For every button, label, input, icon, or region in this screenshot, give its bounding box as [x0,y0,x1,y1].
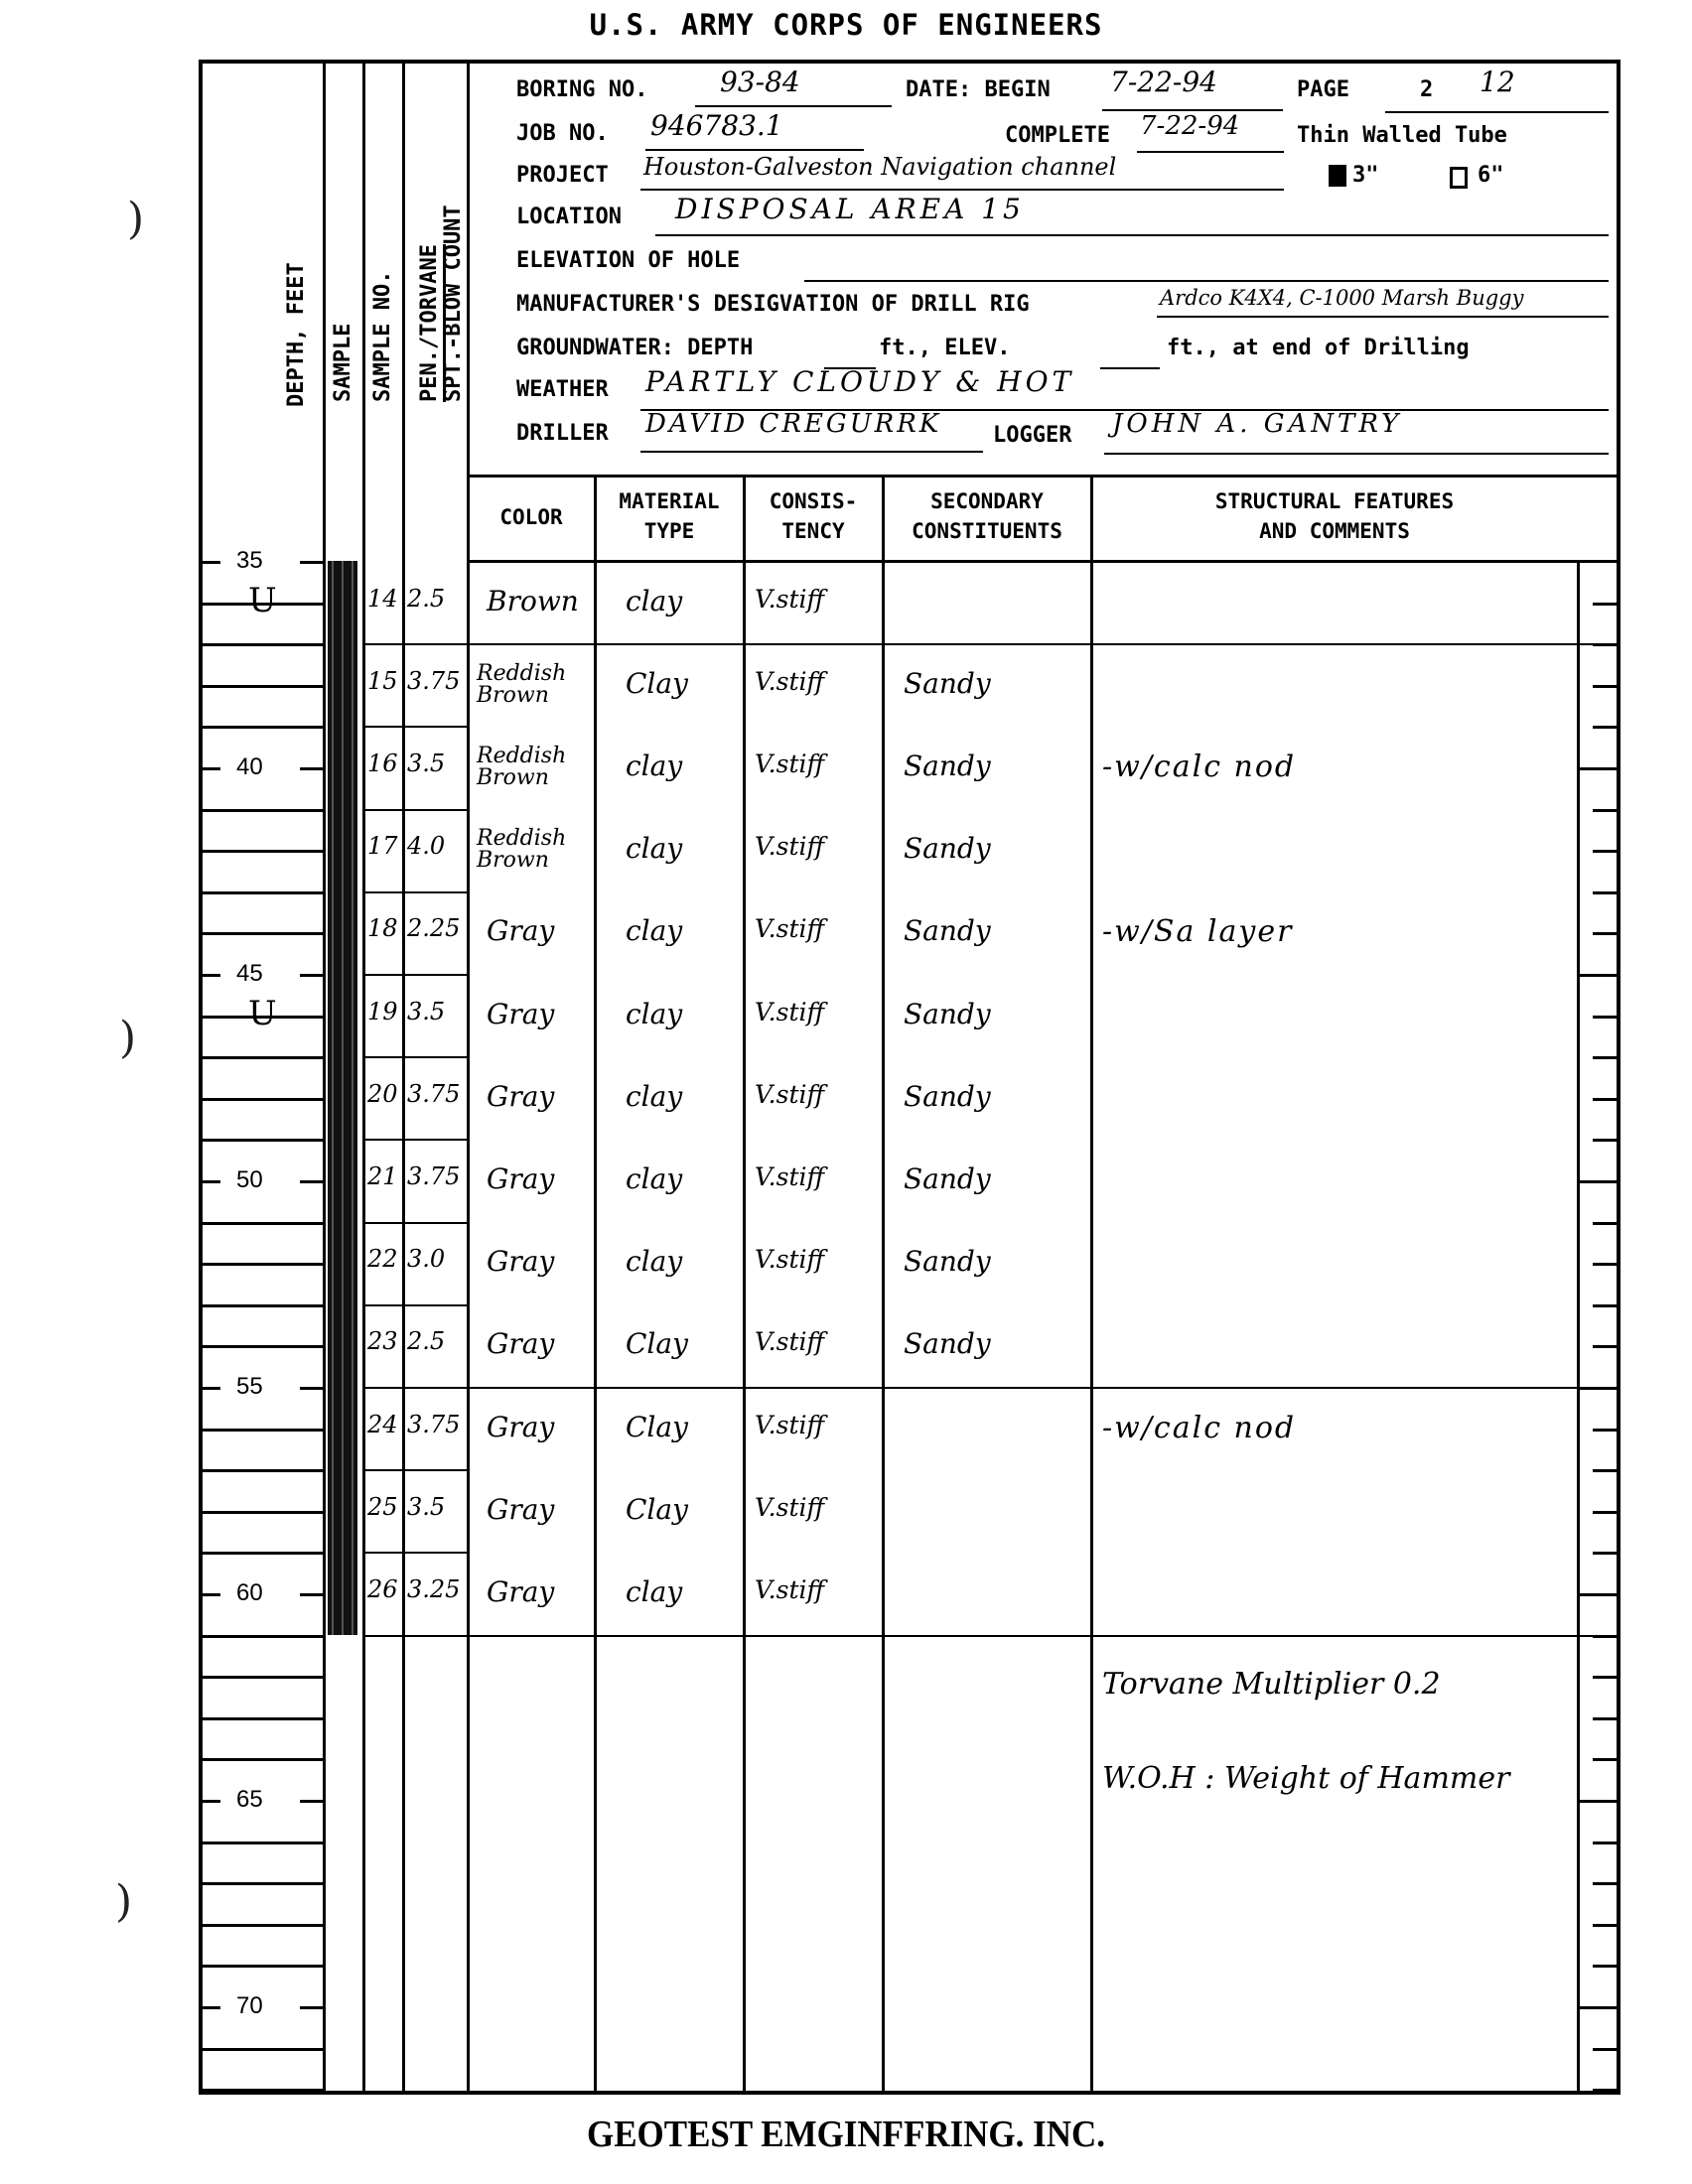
depth-tick-right [1579,1593,1619,1596]
sample-number: 23 [367,1327,398,1355]
depth-tick [201,1387,220,1390]
color-value: Gray [487,1245,554,1278]
depth-label: 60 [234,1579,265,1607]
pen-torvane-value: 3.75 [407,1080,460,1108]
depth-tick-right [1593,1345,1619,1348]
sample-row-divider [362,1387,467,1389]
material-type-value: clay [626,1575,682,1608]
job-no-label: JOB NO. [516,121,609,146]
depth-tick [300,1387,323,1390]
consistency-value: V.stiff [755,750,824,778]
divider [323,62,326,2093]
depth-tick [201,1965,323,1968]
secondary-constituent-value: Sandy [904,750,991,782]
layer-divider [467,1387,1619,1389]
sample-row-divider [362,1469,467,1471]
date-begin-label: DATE: BEGIN [906,77,1051,102]
depth-tick [201,1180,220,1183]
sample-number: 15 [367,667,398,695]
color-value: Gray [487,1493,554,1526]
depth-tick [201,1552,323,1555]
underline [804,280,1609,282]
sample-number: 19 [367,998,398,1025]
consistency-value: V.stiff [755,1493,824,1522]
consistency-header-line1: CONSIS- [745,486,882,516]
consistency-value: V.stiff [755,585,824,614]
structural-comment: -w/Sa layer [1102,914,1293,949]
depth-tick-right [1579,1800,1619,1803]
depth-tick [201,1758,323,1761]
depth-tick-right [1593,603,1619,606]
depth-tick-right [1593,1842,1619,1844]
secondary-constituent-value: Sandy [904,832,991,865]
underline [1104,453,1609,455]
depth-tick-right [1593,1717,1619,1720]
divider [467,62,470,2093]
logger-label: LOGGER [993,423,1071,448]
depth-tick [300,1800,323,1803]
structural-header-line2: AND COMMENTS [1092,516,1577,546]
depth-tick [201,974,220,977]
depth-tick [300,1180,323,1183]
depth-tick [201,1717,323,1720]
driller-label: DRILLER [516,421,609,446]
pen-torvane-value: 2.25 [407,914,460,942]
depth-tick-right [1593,1139,1619,1142]
depth-tick-right [1593,1965,1619,1968]
depth-tick [201,809,323,812]
secondary-constituent-value: Sandy [904,667,991,700]
depth-tick [201,1842,323,1844]
underline [645,149,864,151]
depth-tick-right [1593,1098,1619,1101]
depth-tick-right [1593,891,1619,894]
consistency-header-line2: TENCY [745,516,882,546]
depth-tick-right [1579,1180,1619,1183]
depth-tick-right [1593,1263,1619,1266]
tube-3in-label: 3" [1352,163,1379,188]
depth-label: 35 [234,547,265,575]
color-value: Gray [487,1411,554,1443]
punch-mark-icon: ) [127,194,144,244]
sample-number: 21 [367,1162,398,1190]
material-type-value: clay [626,832,682,865]
depth-tick [201,1882,323,1885]
agency-title: U.S. ARMY CORPS OF ENGINEERS [0,8,1692,42]
sample-number: 14 [367,585,398,613]
sample-row-divider [362,726,467,728]
page-number: 2 [1420,77,1433,102]
date-begin-field[interactable]: 7-22-94 [1110,66,1217,98]
punch-mark-icon: ) [115,1876,132,1927]
depth-label: 70 [234,1992,265,2020]
sample-row-divider [362,643,467,645]
tube-6in-checkbox[interactable] [1450,167,1468,189]
material-type-header-line2: TYPE [596,516,743,546]
sample-row-divider [362,1304,467,1306]
underline [640,189,1284,191]
underline [640,451,983,453]
depth-tick [300,1593,323,1596]
consistency-value: V.stiff [755,914,824,943]
divider [1577,561,1580,2093]
depth-tick-right [1593,1222,1619,1225]
material-type-value: Clay [626,1327,688,1360]
depth-tick-right [1593,1924,1619,1927]
underline [1385,111,1609,113]
depth-label: 45 [234,960,265,988]
drill-rig-label: MANUFACTURER'S DESIGVATION OF DRILL RIG [516,292,1030,317]
depth-tick [201,1635,323,1638]
sample-row-divider [362,1056,467,1058]
consistency-value: V.stiff [755,832,824,861]
pen-torvane-value: 3.75 [407,667,460,695]
color-value: Gray [487,1162,554,1195]
depth-tick-right [1593,2089,1619,2092]
layer-divider [467,1635,1619,1637]
depth-tick [201,1511,323,1514]
structural-comment: -w/calc nod [1102,1411,1296,1445]
depth-tick [201,932,323,935]
color-value: Gray [487,998,554,1030]
depth-tick-right [1579,974,1619,977]
depth-tick [201,643,323,646]
sample-row-divider [362,1552,467,1554]
sample-recovery-bar [328,561,357,1635]
undisturbed-sample-mark-icon: U [248,994,277,1033]
depth-tick-right [1593,1056,1619,1059]
project-field[interactable]: Houston-Galveston Navigation channel [643,153,1116,181]
depth-tick [201,2006,220,2009]
depth-tick-right [1593,685,1619,688]
sample-row-divider [362,891,467,893]
color-column-header: COLOR [469,502,594,532]
divider [882,475,885,2093]
divider [467,475,1619,478]
depth-tick [201,1924,323,1927]
depth-tick-right [1579,2006,1619,2009]
divider [594,475,597,2093]
depth-tick-right [1593,850,1619,853]
depth-tick [201,2048,323,2051]
consistency-value: V.stiff [755,1245,824,1274]
sample-number: 26 [367,1575,398,1603]
depth-tick [300,974,323,977]
material-type-value: clay [626,750,682,782]
sample-row-divider [362,1139,467,1141]
punch-mark-icon: ) [119,1013,136,1063]
secondary-header-line2: CONSTITUENTS [884,516,1090,546]
consistency-value: V.stiff [755,998,824,1026]
secondary-constituent-value: Sandy [904,1245,991,1278]
depth-tick [201,1676,323,1679]
divider [362,62,365,2093]
pen-torvane-value: 3.25 [407,1575,460,1603]
depth-tick [201,1304,323,1307]
material-type-value: clay [626,1080,682,1113]
pen-torvane-value: 3.0 [407,1245,445,1273]
page-label: PAGE [1297,77,1349,102]
structural-comment: -w/calc nod [1102,750,1296,784]
location-label: LOCATION [516,205,622,229]
depth-tick-right [1593,1676,1619,1679]
layer-divider [467,643,1619,645]
complete-label: COMPLETE [1005,123,1110,148]
depth-tick [201,850,323,853]
depth-tick [201,1429,323,1432]
sample-no-column-header: SAMPLE NO. [370,271,395,402]
divider [402,62,405,2093]
sample-number: 20 [367,1080,398,1108]
depth-tick-right [1593,2048,1619,2051]
depth-tick-right [1593,1552,1619,1555]
tube-3in-checkbox[interactable] [1329,165,1346,187]
depth-tick [300,767,323,770]
material-type-value: clay [626,1162,682,1195]
driller-field[interactable]: DAVID CREGURRK [645,409,941,439]
depth-tick [201,561,220,564]
log-note: Torvane Multiplier 0.2 [1102,1667,1441,1702]
page-total-field[interactable]: 12 [1480,66,1515,98]
underline [1137,151,1284,153]
boring-no-label: BORING NO. [516,77,647,102]
depth-tick [201,1222,323,1225]
color-value: Reddish Brown [477,746,586,789]
thin-walled-tube-label: Thin Walled Tube [1297,123,1507,148]
depth-column-header: DEPTH, FEET [284,262,309,407]
groundwater-depth-label: GROUNDWATER: DEPTH [516,336,753,360]
material-type-value: clay [626,1245,682,1278]
depth-tick [300,561,323,564]
color-value: Gray [487,1080,554,1113]
depth-tick [201,726,323,729]
underline [1100,367,1160,369]
depth-tick-right [1579,767,1619,770]
company-footer: GEOTEST EMGINFFRING. INC. [68,2113,1624,2156]
secondary-constituent-value: Sandy [904,1327,991,1360]
material-type-header-line1: MATERIAL [596,486,743,516]
pen-torvane-value: 4.0 [407,832,445,860]
depth-label: 65 [234,1786,265,1814]
underline [695,105,892,107]
color-value: Brown [487,585,579,617]
pen-torvane-value: 2.5 [407,585,445,613]
structural-header-line1: STRUCTURAL FEATURES [1092,486,1577,516]
pen-torvane-value: 3.75 [407,1162,460,1190]
material-type-value: clay [626,914,682,947]
consistency-value: V.stiff [755,1080,824,1109]
logger-field[interactable]: JOHN A. GANTRY [1112,409,1402,439]
project-label: PROJECT [516,163,609,188]
color-value: Reddish Brown [477,828,586,872]
color-value: Reddish Brown [477,663,586,707]
sample-number: 24 [367,1411,398,1438]
material-type-value: Clay [626,1493,688,1526]
depth-label: 50 [234,1166,265,1194]
sample-row-divider [362,1635,467,1637]
tube-6in-label: 6" [1478,163,1504,188]
depth-tick [201,891,323,894]
color-value: Gray [487,914,554,947]
undisturbed-sample-mark-icon: U [248,581,277,620]
material-type-value: clay [626,998,682,1030]
divider [743,475,746,2093]
sample-row-divider [362,1222,467,1224]
depth-tick [201,1593,220,1596]
drill-rig-field[interactable]: Ardco K4X4, C-1000 Marsh Buggy [1160,286,1523,310]
depth-tick [201,1345,323,1348]
weather-label: WEATHER [516,377,609,402]
secondary-constituent-value: Sandy [904,1080,991,1113]
pen-torvane-value: 2.5 [407,1327,445,1355]
secondary-constituent-value: Sandy [904,914,991,947]
depth-tick [201,1056,323,1059]
secondary-header-line1: SECONDARY [884,486,1090,516]
material-type-value: clay [626,585,682,617]
depth-tick [201,1263,323,1266]
depth-tick-right [1593,1016,1619,1019]
consistency-value: V.stiff [755,1327,824,1356]
end-of-drilling-label: ft., at end of Drilling [1167,336,1470,360]
underline [655,234,1609,236]
sample-number: 18 [367,914,398,942]
divider [467,560,1619,563]
secondary-constituent-value: Sandy [904,1162,991,1195]
depth-tick-right [1593,1882,1619,1885]
depth-tick-right [1593,1511,1619,1514]
sample-number: 25 [367,1493,398,1521]
consistency-value: V.stiff [755,667,824,696]
groundwater-elev-label: ft., ELEV. [879,336,1010,360]
spt-blow-count-column-header: SPT.-BLOW COUNT [441,205,466,402]
depth-tick [201,1469,323,1472]
weather-field[interactable]: PARTLY CLOUDY & HOT [645,365,1074,398]
sample-number: 22 [367,1245,398,1273]
material-type-value: Clay [626,1411,688,1443]
depth-label: 55 [234,1373,265,1401]
underline [1157,316,1609,318]
job-no-field[interactable]: 946783.1 [650,109,783,142]
consistency-value: V.stiff [755,1162,824,1191]
depth-tick-right [1593,809,1619,812]
depth-tick [201,2089,323,2092]
pen-torvane-value: 3.5 [407,750,445,777]
pen-torvane-value: 3.5 [407,1493,445,1521]
secondary-constituent-value: Sandy [904,998,991,1030]
material-type-value: Clay [626,667,688,700]
depth-tick [201,1800,220,1803]
consistency-value: V.stiff [755,1411,824,1439]
pen-torvane-value: 3.5 [407,998,445,1025]
depth-tick-right [1593,1758,1619,1761]
depth-tick [201,685,323,688]
elevation-label: ELEVATION OF HOLE [516,248,740,273]
sample-number: 17 [367,832,398,860]
depth-label: 40 [234,753,265,781]
depth-tick [201,1098,323,1101]
pen-torvane-value: 3.75 [407,1411,460,1438]
depth-tick-right [1593,1429,1619,1432]
depth-tick [201,767,220,770]
consistency-value: V.stiff [755,1575,824,1604]
sample-number: 16 [367,750,398,777]
location-field[interactable]: DISPOSAL AREA 15 [675,193,1025,225]
depth-tick-right [1593,1304,1619,1307]
depth-tick [201,1139,323,1142]
color-value: Gray [487,1575,554,1608]
log-note: W.O.H : Weight of Hammer [1102,1761,1509,1796]
color-value: Gray [487,1327,554,1360]
depth-tick [300,2006,323,2009]
depth-tick-right [1593,726,1619,729]
date-complete-field[interactable]: 7-22-94 [1140,111,1239,141]
boring-no-field[interactable]: 93-84 [720,66,800,98]
depth-tick-right [1593,932,1619,935]
sample-row-divider [362,809,467,811]
depth-tick-right [1593,1469,1619,1472]
divider [1090,475,1093,2093]
sample-column-header: SAMPLE [331,324,355,402]
sample-row-divider [362,974,467,976]
